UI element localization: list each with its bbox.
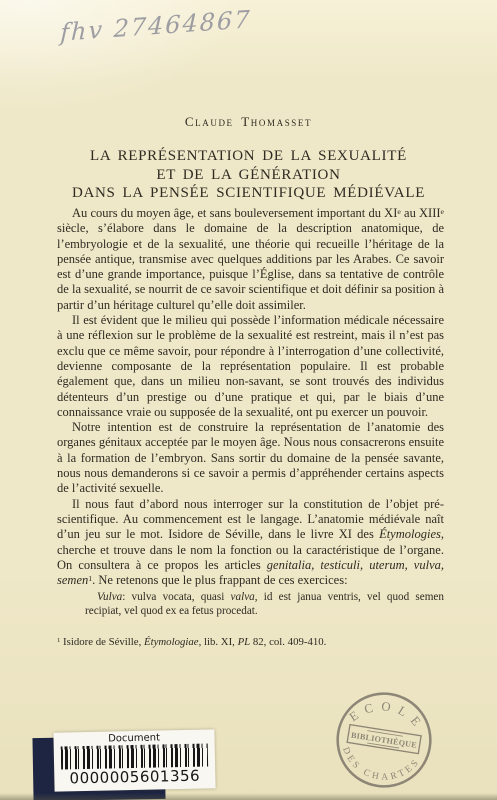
- article-title: LA REPRÉSENTATION DE LA SEXUALITÉ ET DE …: [0, 147, 497, 203]
- handwritten-accession-number: fhv 27464867: [60, 5, 252, 47]
- paragraph: Il nous faut d’abord nous interroger sur…: [57, 497, 444, 589]
- title-line: DANS LA PENSÉE SCIENTIFIQUE MÉDIÉVALE: [0, 184, 497, 203]
- barcode-number: 0000005601356: [54, 766, 215, 788]
- paragraph: Il est évident que le milieu qui possède…: [57, 313, 444, 420]
- title-line: LA REPRÉSENTATION DE LA SEXUALITÉ: [0, 147, 497, 166]
- library-stamp-graphic: ECOLE DES CHARTES BIBLIOTHÈQUE: [322, 678, 446, 800]
- barcode-label: Document 0000005601356: [53, 729, 215, 791]
- body-text-column: Au cours du moyen âge, et sans boulevers…: [57, 206, 444, 649]
- svg-text:DES CHARTES: DES CHARTES: [336, 745, 424, 789]
- scanned-page: fhv 27464867 Claude Thomasset LA REPRÉSE…: [0, 0, 497, 800]
- svg-text:ECOLE: ECOLE: [345, 694, 431, 736]
- paragraph: Au cours du moyen âge, et sans boulevers…: [57, 206, 444, 313]
- author-name: Claude Thomasset: [0, 114, 497, 130]
- barcode-bars: [61, 743, 208, 769]
- stamp-bottom-text: DES CHARTES: [336, 745, 424, 789]
- footnote: 1 Isidore de Séville, Étymologiae, lib. …: [57, 636, 444, 649]
- stamp-top-text: ECOLE: [345, 694, 431, 736]
- paragraph: Notre intention est de construire la rep…: [57, 420, 444, 496]
- library-stamp: ECOLE DES CHARTES BIBLIOTHÈQUE: [322, 678, 446, 800]
- stamp-middle-text: BIBLIOTHÈQUE: [350, 730, 417, 750]
- title-line: ET DE LA GÉNÉRATION: [0, 166, 497, 185]
- latin-quote: Vulva: vulva vocata, quasi valva, id est…: [85, 591, 444, 619]
